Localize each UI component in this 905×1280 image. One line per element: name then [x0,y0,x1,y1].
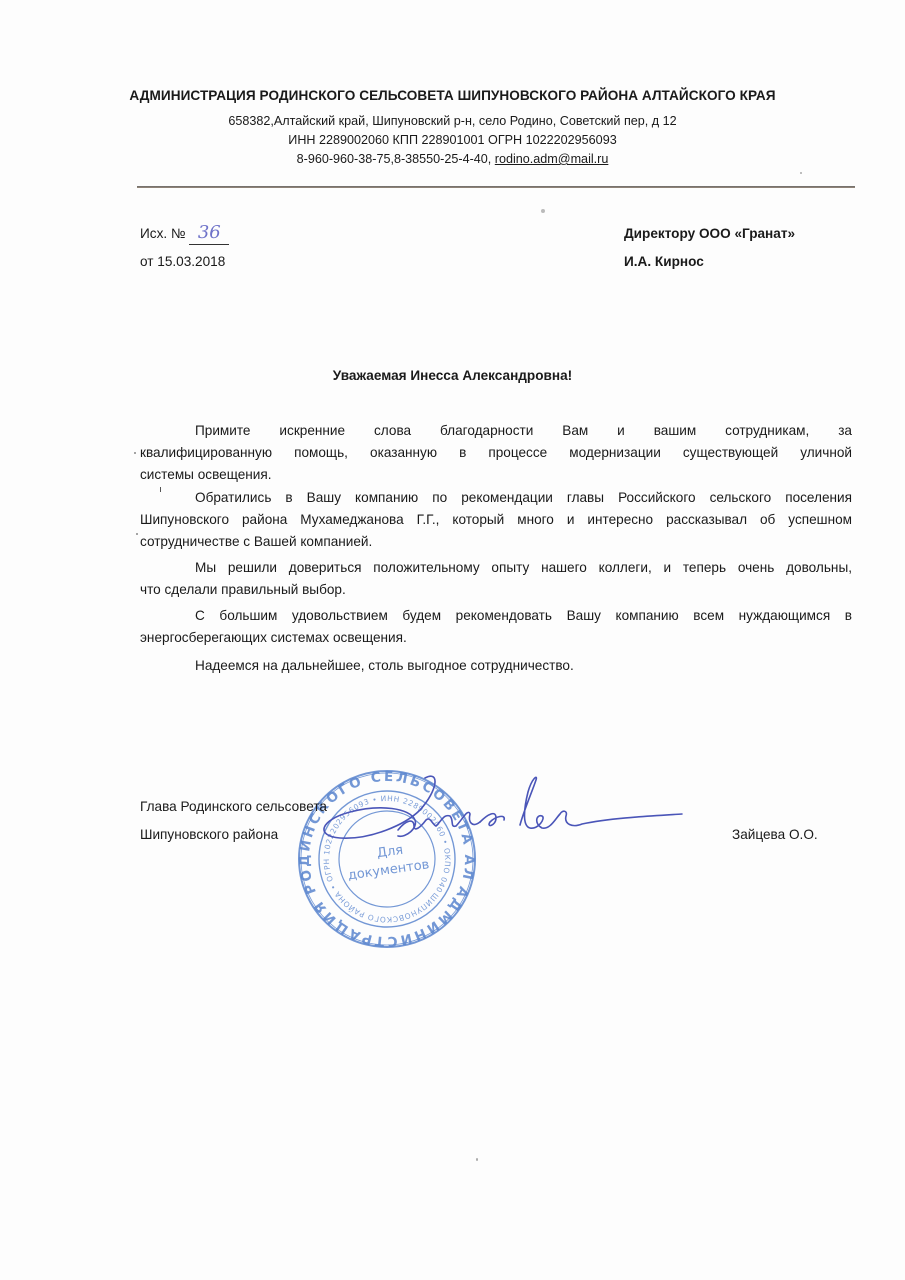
letterhead-registry: ИНН 2289002060 КПП 228901001 ОГРН 102220… [0,133,905,147]
letterhead-email-link[interactable]: rodino.adm@mail.ru [495,152,609,166]
letterhead-divider [137,186,855,188]
letterhead-phones: 8-960-960-38-75,8-38550-25-4-40, [297,152,492,166]
handwritten-signature [310,770,690,850]
body-paragraph-1: Примите искренние слова благодарности Ва… [140,420,852,486]
signer-position-line-1: Глава Родинского сельсовета [140,799,327,814]
body-paragraph-4: С большим удовольствием будем рекомендов… [140,605,852,649]
letterhead-address: 658382,Алтайский край, Шипуновский р-н, … [0,114,905,128]
scan-speck [476,1158,478,1161]
letterhead-title: АДМИНИСТРАЦИЯ РОДИНСКОГО СЕЛЬСОВЕТА ШИПУ… [0,88,905,103]
signer-position-line-2: Шипуновского района [140,827,278,842]
recipient-name: И.А. Кирнос [624,254,704,269]
scan-speck [541,209,545,213]
body-paragraph-1-line-3: системы освещения. [140,464,852,486]
scan-speck [134,452,136,454]
scan-speck [800,172,802,174]
signer-name: Зайцева О.О. [732,827,818,842]
body-paragraph-4-line-2: энергосберегающих системах освещения. [140,627,852,649]
outgoing-number-label: Исх. № [140,226,186,241]
scan-speck [136,533,138,535]
scan-speck [160,487,161,492]
recipient-position: Директору ООО «Гранат» [624,226,795,241]
outgoing-number-value: 36 [198,222,221,243]
body-paragraph-5: Надеемся на дальнейшее, столь выгодное с… [140,655,852,677]
outgoing-number: Исх. № 36 [140,226,229,245]
body-paragraph-1-line-2: квалифицированную помощь, оказанную в пр… [140,442,852,464]
outgoing-date: от 15.03.2018 [140,254,225,269]
body-paragraph-1-line-1: Примите искренние слова благодарности Ва… [195,423,852,438]
body-paragraph-2: Обратились в Вашу компанию по рекомендац… [140,487,852,553]
body-paragraph-2-line-1: Обратились в Вашу компанию по рекомендац… [195,490,852,505]
salutation: Уважаемая Инесса Александровна! [0,368,905,383]
body-paragraph-5-line-1: Надеемся на дальнейшее, столь выгодное с… [195,658,574,673]
letter-page: АДМИНИСТРАЦИЯ РОДИНСКОГО СЕЛЬСОВЕТА ШИПУ… [0,0,905,1280]
body-paragraph-2-line-3: сотрудничестве с Вашей компанией. [140,531,852,553]
body-paragraph-3-line-1: Мы решили довериться положительному опыт… [195,560,852,575]
letterhead-contacts: 8-960-960-38-75,8-38550-25-4-40, rodino.… [0,152,905,166]
body-paragraph-2-line-2: Шипуновского района Мухамеджанова Г.Г., … [140,509,852,531]
outgoing-number-field: 36 [189,226,229,245]
body-paragraph-3-line-2: что сделали правильный выбор. [140,579,852,601]
body-paragraph-4-line-1: С большим удовольствием будем рекомендов… [195,608,852,623]
stamp-center-line-2: документов [347,857,430,883]
body-paragraph-3: Мы решили довериться положительному опыт… [140,557,852,601]
